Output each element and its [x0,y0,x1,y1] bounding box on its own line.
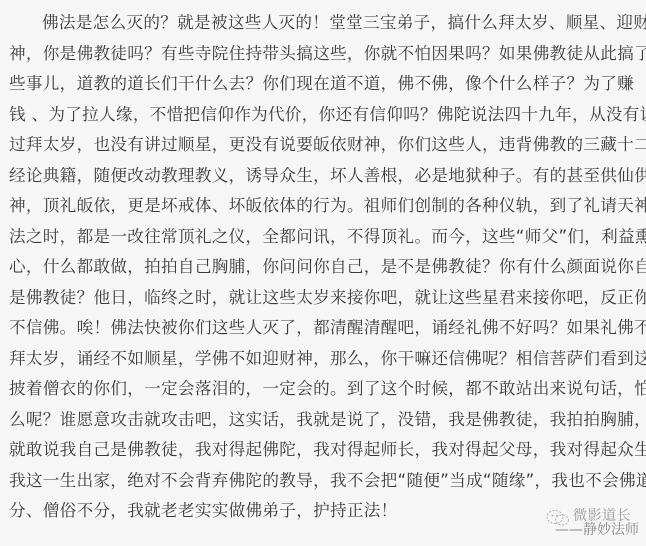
watermark-signature: ——静妙法师 [555,519,639,539]
page: 佛法是怎么灭的？就是被这些人灭的！堂堂三宝弟子，搞什么拜太岁、顺星、迎财 神，你… [0,0,646,546]
article-line: 我这一生出家，绝对不会背弃佛陀的教导，我不会把“随便”当成“随缘”，我也不会佛道… [9,466,639,497]
article-line: 心，什么都敢做，拍拍自己胸脯，你问问你自己，是不是佛教徒？你有什么颜面说你自己 [9,252,639,283]
article-line: 佛法是怎么灭的？就是被这些人灭的！堂堂三宝弟子，搞什么拜太岁、顺星、迎财 [9,8,639,39]
article-line: 过拜太岁，也没有讲过顺星，更没有说要皈依财神，你们这些人，违背佛教的三藏十二部 [9,130,639,161]
article-line: 神，你是佛教徒吗？有些寺院住持带头搞这些，你就不怕因果吗？如果佛教徒从此搞了这 [9,39,639,70]
article-line: 拜太岁，诵经不如顺星，学佛不如迎财神，那么，你干嘛还信佛呢？相信菩萨们看到这些 [9,344,639,375]
article-line: 神，顶礼皈依，更是坏戒体、坏皈依体的行为。祖师们创制的各种仪轨，到了礼请天神护 [9,191,639,222]
article-line: 披着僧衣的你们，一定会落泪的，一定会的。到了这个时候，都不敢站出来说句话，怕什 [9,374,639,405]
article-line: 就敢说我自己是佛教徒，我对得起佛陀，我对得起师长，我对得起父母，我对得起众生， [9,435,639,466]
article-line: 些事儿，道教的道长们干什么去？你们现在道不道，佛不佛，像个什么样子？为了赚 [9,69,639,100]
article-line: 是佛教徒？他日，临终之时，就让这些太岁来接你吧，就让这些星君来接你吧，反正你也 [9,283,639,314]
article-body: 佛法是怎么灭的？就是被这些人灭的！堂堂三宝弟子，搞什么拜太岁、顺星、迎财 神，你… [9,8,639,527]
article-line: 么呢？谁愿意攻击就攻击吧，这实话，我就是说了，没错，我是佛教徒，我拍拍胸脯，我 [9,405,639,436]
article-line: 不信佛。唉！佛法快被你们这些人灭了，都清醒清醒吧，诵经礼佛不好吗？如果礼佛不如 [9,313,639,344]
watermark: 微影道长 ——静妙法师 [545,503,645,543]
article-line: 经论典籍，随便改动教理教义，诱导众生，坏人善根，必是地狱种子。有的甚至供仙供 [9,161,639,192]
article-line: 钱 、为了拉人缘，不惜把信仰作为代价，你还有信仰吗？佛陀说法四十九年，从没有说 [9,100,639,131]
article-line: 法之时，都是一改往常顶礼之仪，全都问讯，不得顶礼。而今，这些“师父”们，利益熏 [9,222,639,253]
